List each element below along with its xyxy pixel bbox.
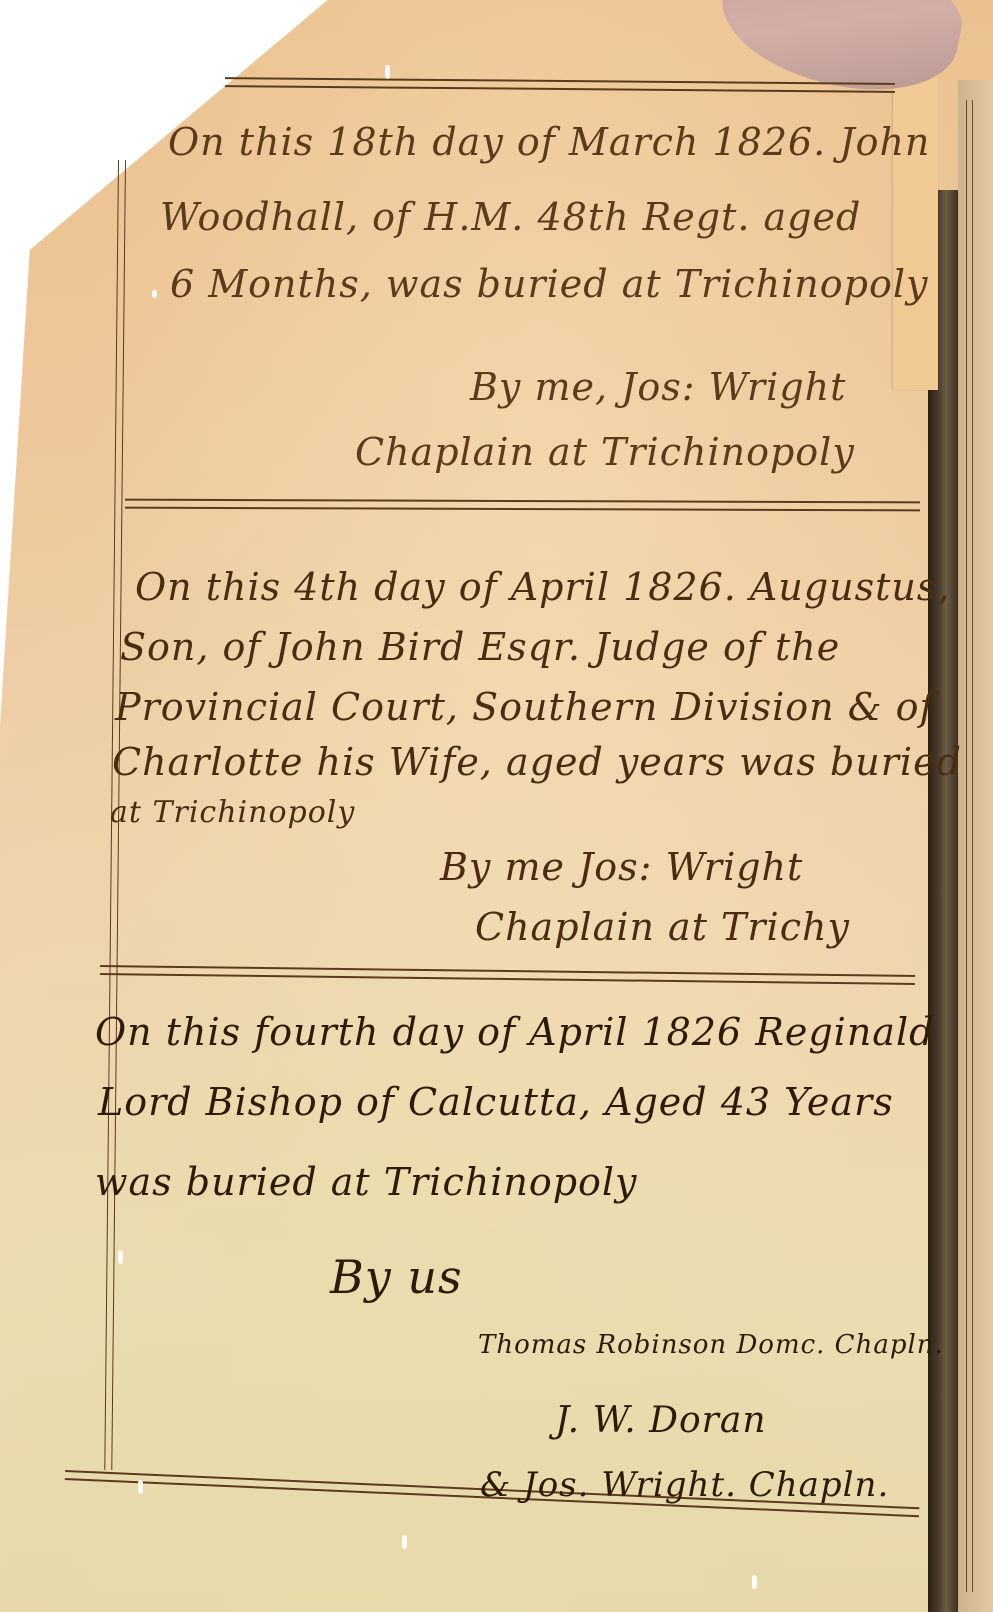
entry-1-line-1: On this 18th day of March 1826. John — [168, 120, 930, 164]
glare-speck — [152, 290, 157, 298]
entry-2-signature-1: By me Jos: Wright — [440, 845, 803, 889]
entry-3-line-3: was buried at Trichinopoly — [95, 1160, 638, 1204]
entry-1-signature-1: By me, Jos: Wright — [470, 365, 846, 409]
entry-1-signature-2: Chaplain at Trichinopoly — [355, 430, 855, 474]
glare-speck — [138, 1480, 143, 1494]
entry-3-signature-doran: J. W. Doran — [555, 1400, 767, 1441]
glare-speck — [118, 1250, 123, 1264]
glare-speck — [385, 65, 390, 79]
facing-page-rule — [966, 100, 973, 1592]
entry-3-signature-wright: & Jos. Wright. Chapln. — [480, 1465, 889, 1505]
entry-1-line-2: Woodhall, of H.M. 48th Regt. aged — [160, 195, 861, 239]
book-gutter — [928, 190, 958, 1612]
entry-2-signature-2: Chaplain at Trichy — [475, 905, 850, 949]
entry-2-line-1: On this 4th day of April 1826. Augustus, — [135, 565, 950, 609]
entry-2-line-2: Son, of John Bird Esqr. Judge of the — [120, 625, 840, 669]
entry-2-line-3: Provincial Court, Southern Division & of — [115, 685, 935, 729]
facing-page-edge — [958, 80, 993, 1612]
entry-1-line-3: 6 Months, was buried at Trichinopoly — [170, 262, 928, 306]
glare-speck — [402, 1535, 407, 1549]
entry-3-signature-robinson: Thomas Robinson Domc. Chapln. — [478, 1330, 944, 1360]
entry-3-line-2: Lord Bishop of Calcutta, Aged 43 Years — [98, 1080, 894, 1124]
entry-2-line-4: Charlotte his Wife, aged years was burie… — [112, 740, 962, 784]
entry-3-signature-by-us: By us — [330, 1250, 463, 1304]
glare-speck — [752, 1575, 757, 1589]
entry-3-line-1: On this fourth day of April 1826 Reginal… — [95, 1010, 934, 1054]
entry-2-line-5: at Trichinopoly — [110, 795, 355, 830]
